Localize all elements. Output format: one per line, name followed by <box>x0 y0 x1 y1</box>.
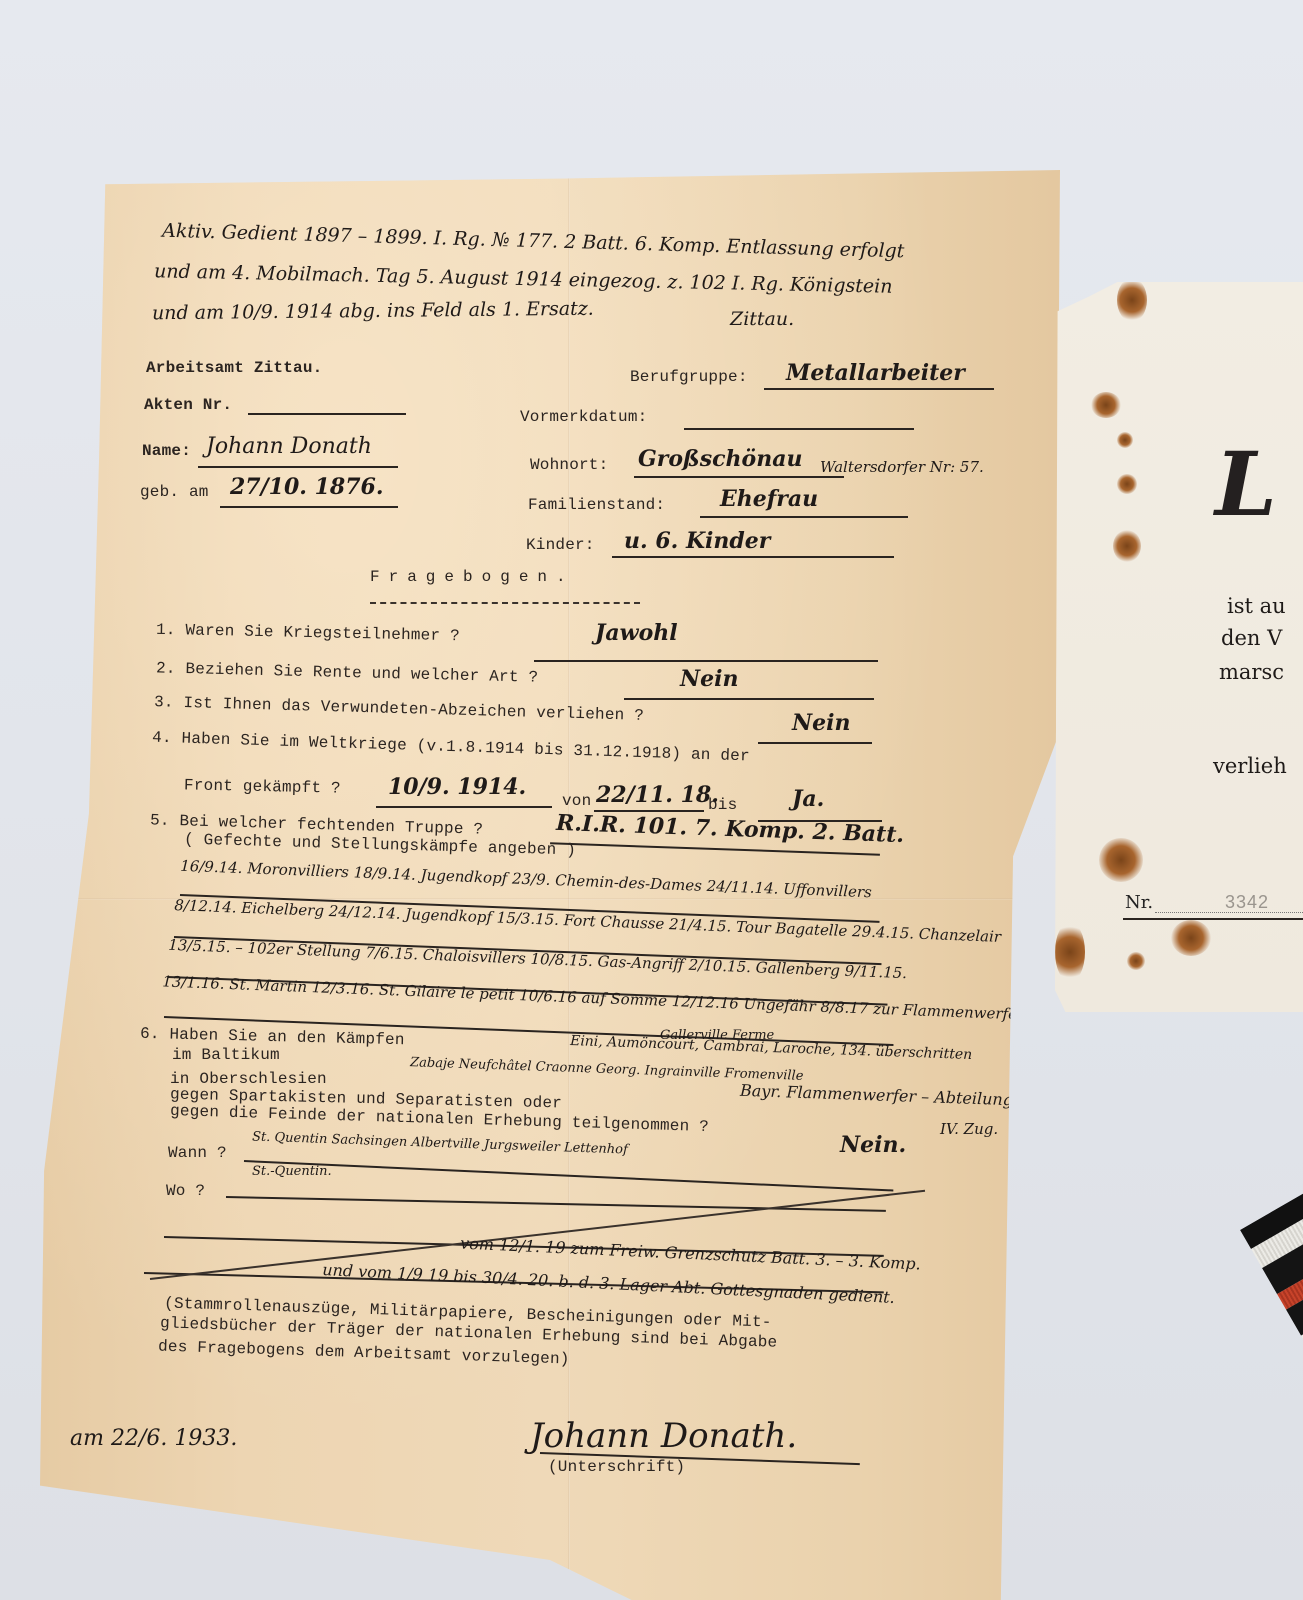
battle-line-1: 16/9.14. Moronvilliers 18/9.14. Jugendko… <box>180 857 872 902</box>
birth-date-label: geb. am <box>140 483 209 501</box>
form-title-rule <box>370 602 640 604</box>
wann-value-2: St.-Quentin. <box>252 1164 332 1179</box>
wann-value: St. Quentin Sachsingen Albertville Jurgs… <box>252 1129 628 1157</box>
question-4: 4. Haben Sie im Weltkriege (v.1.8.1914 b… <box>152 729 750 766</box>
answer-6: Nein. <box>840 1132 906 1158</box>
answer-1: Jawohl <box>595 620 678 646</box>
questionnaire-sheet: Aktiv. Gedient 1897 – 1899. I. Rg. № 177… <box>40 170 1060 1600</box>
handwritten-header-line-2: und am 4. Mobilmach. Tag 5. August 1914 … <box>154 260 893 297</box>
kinder-label: Kinder: <box>526 536 595 554</box>
answer-1-line <box>534 660 878 662</box>
name-field-line <box>198 466 398 468</box>
question-2: 2. Beziehen Sie Rente und welcher Art ? <box>156 659 539 686</box>
signature: Johann Donath. <box>530 1416 797 1456</box>
rust-stain <box>1117 278 1147 322</box>
answer-4-von: 22/11. 18. <box>596 782 719 808</box>
birth-date-value: 27/10. 1876. <box>230 474 383 500</box>
answer-5: R.I.R. 101. 7. Komp. 2. Batt. <box>556 810 905 848</box>
answer-4-bis: Ja. <box>792 786 824 812</box>
office-name: Arbeitsamt Zittau. <box>146 359 322 377</box>
question-6-line-2: im Baltikum <box>172 1046 280 1064</box>
kinder-field-line <box>612 556 894 558</box>
medal-ribbon <box>1240 1170 1303 1438</box>
rust-stain <box>1117 474 1137 494</box>
handwritten-header-line-1: Aktiv. Gedient 1897 – 1899. I. Rg. № 177… <box>162 220 905 263</box>
certificate-nr-label: Nr. <box>1125 892 1153 913</box>
rust-stain <box>1171 920 1211 956</box>
handwritten-header-city: Zittau. <box>730 308 794 330</box>
handwritten-header-line-3: und am 10/9. 1914 abg. ins Feld als 1. E… <box>152 298 594 325</box>
akten-nr-label: Akten Nr. <box>144 396 232 414</box>
form-title: Fragebogen. <box>370 568 575 586</box>
q6-margin-note-4: Bayr. Flammenwerfer – Abteilung 16. <box>740 1081 1044 1111</box>
answer-4-from: 10/9. 1914. <box>388 774 526 800</box>
berufgruppe-field-line <box>764 388 994 390</box>
wohnort-value: Großschönau <box>638 446 802 472</box>
question-4-continuation: Front gekämpft ? <box>184 776 341 797</box>
wo-field-line <box>226 1196 886 1212</box>
rust-stain <box>1099 838 1143 882</box>
answer-3-line <box>758 742 872 744</box>
familienstand-value: Ehefrau <box>720 486 818 512</box>
rust-stain <box>1055 922 1085 982</box>
rust-stain <box>1113 530 1141 562</box>
rust-stain <box>1091 392 1121 418</box>
familienstand-label: Familienstand: <box>528 496 665 514</box>
birth-date-field-line <box>220 506 398 508</box>
vormerkdatum-label: Vormerkdatum: <box>520 408 647 426</box>
answer-2-line <box>624 698 874 700</box>
battle-line-3: 13/5.15. – 102er Stellung 7/6.15. Chaloi… <box>168 936 907 982</box>
wohnort-street: Waltersdorfer Nr: 57. <box>820 458 984 476</box>
name-value: Johann Donath <box>206 434 372 459</box>
post-note-1: vom 12/1. 19 zum Freiw. Grenzschutz Batt… <box>460 1234 921 1274</box>
wann-label: Wann ? <box>168 1144 227 1162</box>
certificate-line-4: verlieh <box>1213 754 1287 778</box>
certificate-initial: L <box>1215 432 1277 536</box>
rust-stain <box>1117 432 1133 448</box>
wo-label: Wo ? <box>166 1182 205 1200</box>
award-certificate: L ist au den V marsc verlieh Nr. 3342 <box>1055 282 1303 1012</box>
certificate-line-3: marsc <box>1219 660 1284 684</box>
battle-line-4: 13/1.16. St. Martin 12/3.16. St. Gilaire… <box>162 972 1078 1025</box>
q6-margin-note-3: Zabaje Neufchâtel Craonne Georg. Ingrain… <box>410 1055 804 1084</box>
berufgruppe-label: Berufgruppe: <box>630 368 748 386</box>
name-label: Name: <box>142 442 191 460</box>
question-3: 3. Ist Ihnen das Verwundeten-Abzeichen v… <box>154 693 644 725</box>
vormerkdatum-field <box>684 428 914 430</box>
answer-3: Nein <box>792 710 850 736</box>
certificate-nr-value: 3342 <box>1225 892 1269 913</box>
berufgruppe-value: Metallarbeiter <box>786 360 965 386</box>
question-1: 1. Waren Sie Kriegsteilnehmer ? <box>156 621 460 645</box>
q6-margin-note-5: IV. Zug. <box>940 1120 998 1138</box>
signing-date: am 22/6. 1933. <box>70 1426 237 1451</box>
question-4-bis-label: bis <box>708 796 737 814</box>
certificate-line-1: ist au <box>1227 594 1286 618</box>
familienstand-field-line <box>700 516 908 518</box>
akten-nr-field <box>248 413 406 415</box>
rust-stain <box>1127 952 1145 970</box>
certificate-nr-rule <box>1123 918 1303 920</box>
signature-label: (Unterschrift) <box>548 1458 685 1476</box>
answer-2: Nein <box>680 666 738 692</box>
answer-4-from-line <box>376 806 552 808</box>
question-4-von-label: von <box>562 792 591 810</box>
wohnort-field-line <box>634 476 844 478</box>
kinder-value: u. 6. Kinder <box>624 528 770 554</box>
wohnort-label: Wohnort: <box>530 456 608 474</box>
certificate-line-2: den V <box>1221 626 1282 650</box>
